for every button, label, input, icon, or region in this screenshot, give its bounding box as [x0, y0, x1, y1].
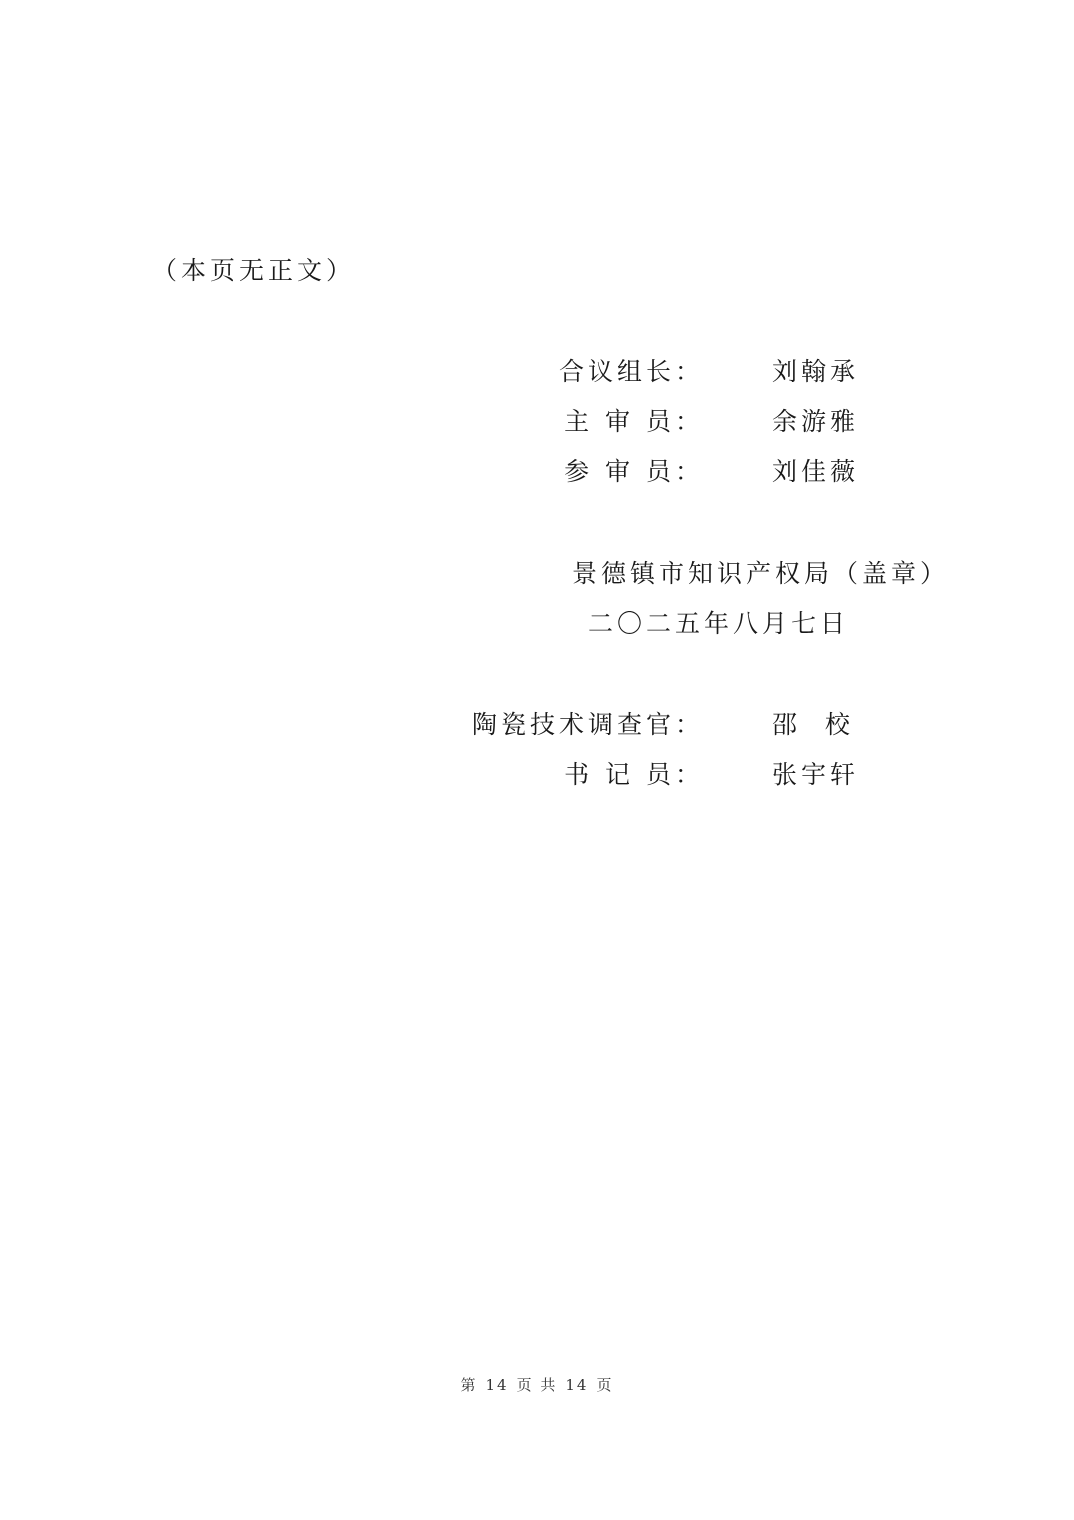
- technical-investigator-label: 陶瓷技术调查官：: [472, 710, 704, 740]
- panel-leader-label: 合议组长：: [559, 357, 704, 387]
- current-page-number: 14: [486, 1376, 509, 1394]
- associate-examiner-label: 参 审 员：: [564, 457, 704, 487]
- footer-suffix: 页: [596, 1376, 613, 1394]
- no-body-note: （本页无正文）: [152, 256, 355, 286]
- associate-examiner-name: 刘佳薇: [772, 457, 859, 487]
- clerk-label: 书 记 员：: [564, 760, 704, 790]
- footer-prefix: 第: [461, 1376, 478, 1394]
- footer-middle: 页 共: [517, 1376, 558, 1394]
- chief-examiner-name: 余游雅: [772, 407, 859, 437]
- clerk-name: 张宇轩: [772, 760, 859, 790]
- panel-leader-name: 刘翰承: [772, 357, 859, 387]
- chief-examiner-label: 主 审 员：: [564, 407, 704, 437]
- issuing-organization: 景德镇市知识产权局（盖章）: [572, 559, 949, 589]
- page-footer: 第14页 共14页: [0, 1374, 1074, 1395]
- total-pages-number: 14: [565, 1376, 588, 1394]
- document-page: （本页无正文） 合议组长： 刘翰承 主 审 员： 余游雅 参 审 员： 刘佳薇 …: [0, 0, 1074, 1520]
- issue-date: 二〇二五年八月七日: [588, 609, 849, 639]
- technical-investigator-name: 邵 校: [772, 710, 854, 740]
